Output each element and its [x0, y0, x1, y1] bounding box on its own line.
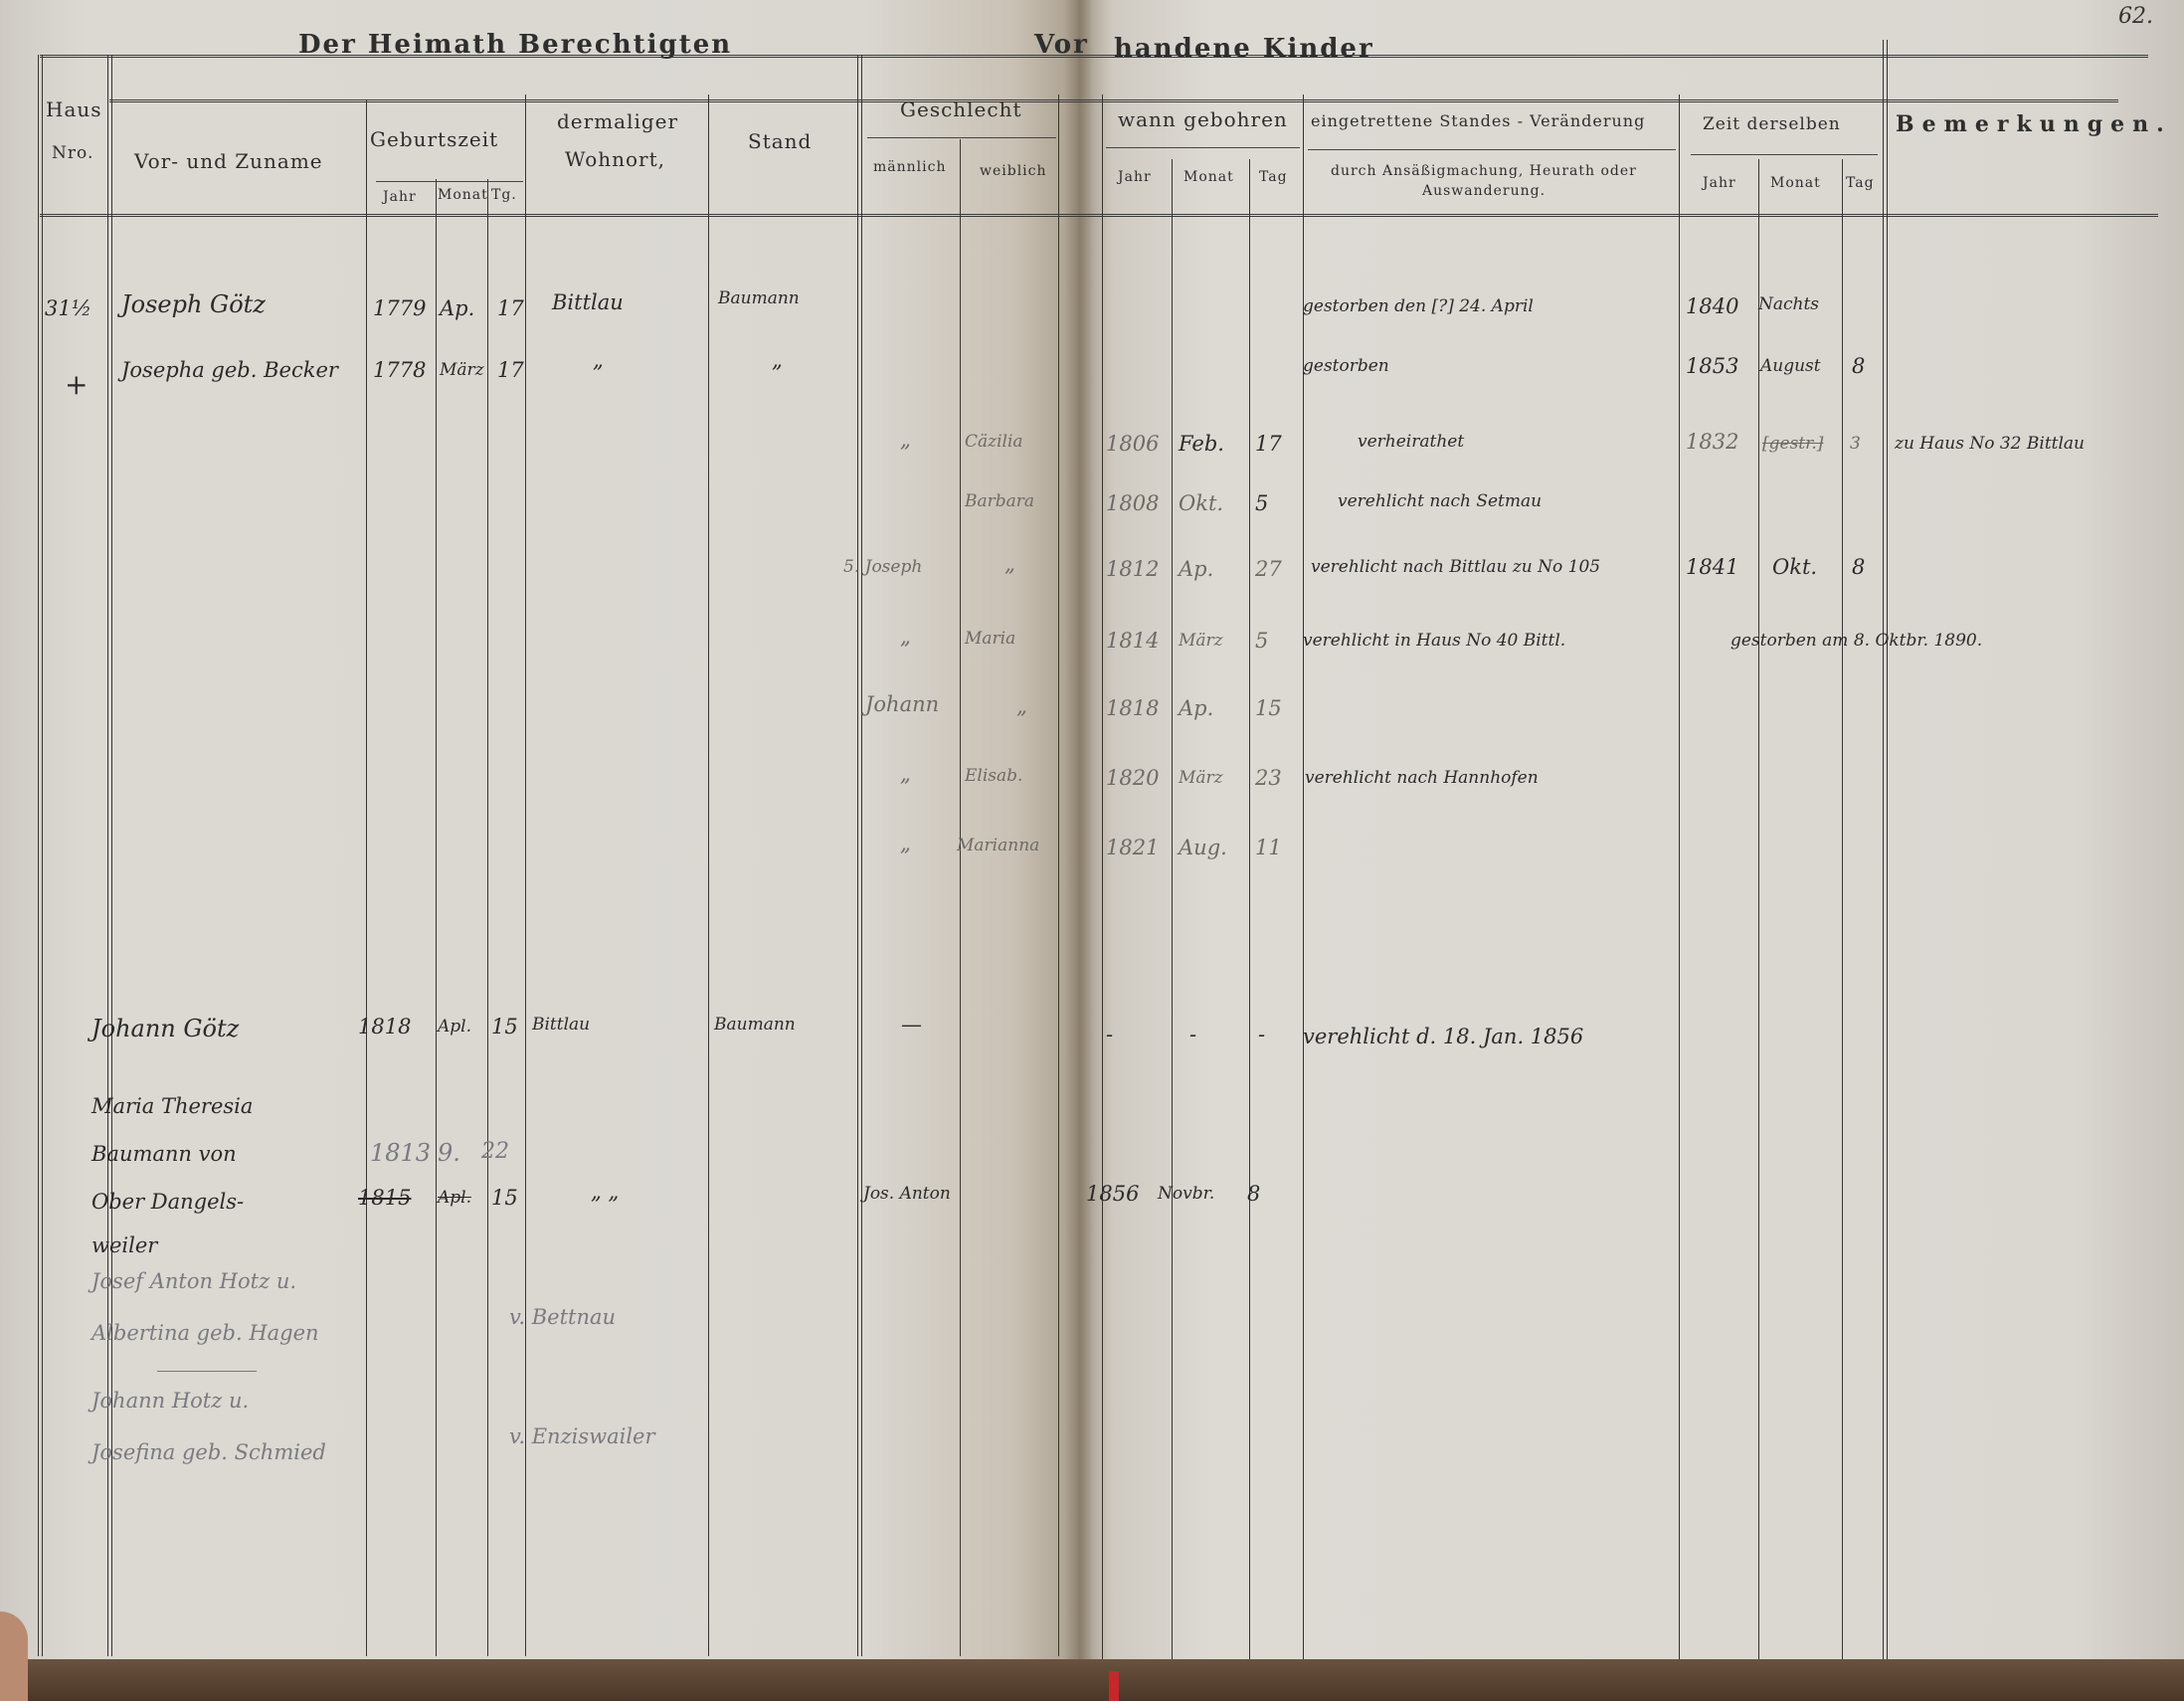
- header-z-tag: Tag: [1846, 175, 1875, 191]
- mother-name-line: Maria Theresia: [91, 1094, 253, 1118]
- haus-nro: 31½: [45, 296, 91, 320]
- child-birth-year: 1818: [1106, 696, 1159, 720]
- status-change: gestorben den [?] 24. April: [1303, 296, 1534, 316]
- col-rule-weiblich: [1058, 94, 1059, 1656]
- kinder-sub-line: [1106, 147, 1300, 148]
- header-bottom-border: [40, 214, 2158, 217]
- deceased-cross: +: [65, 368, 88, 401]
- male-child: „: [900, 428, 911, 452]
- header-wohnort-1: dermaliger: [557, 109, 678, 133]
- child-change-day: 3: [1850, 434, 1861, 454]
- child-year-dash: -: [1106, 1023, 1113, 1046]
- title-right-part1: Vor: [1034, 30, 1089, 60]
- change-day: 8: [1852, 354, 1865, 378]
- open-register-book: 62. Der Heimath Berechtigten Vor handene…: [0, 0, 2184, 1671]
- col-rule-maennlich: [960, 139, 961, 1656]
- child-birth-month: Ap.: [1179, 696, 1213, 720]
- status-change: gestorben: [1303, 356, 1389, 376]
- child-birth-year: 1812: [1106, 557, 1159, 581]
- residence: Bittlau: [552, 290, 624, 314]
- parent-name: Johann Götz: [91, 1015, 239, 1042]
- mother-name-line: weiler: [91, 1233, 157, 1257]
- child-birth-day: 11: [1255, 836, 1282, 859]
- child-month-dash: -: [1189, 1023, 1196, 1046]
- status: „: [772, 348, 783, 372]
- child-status-change: verehlicht nach Setmau: [1338, 491, 1542, 511]
- child-birth-day: 17: [1255, 432, 1282, 456]
- child-birth-year: 1821: [1106, 836, 1159, 859]
- header-geburtszeit: Geburtszeit: [370, 127, 498, 151]
- book-gutter: [1064, 0, 1094, 1671]
- pencil-name-line: Josefina geb. Schmied: [91, 1440, 326, 1464]
- header-maennlich: männlich: [873, 159, 946, 175]
- change-month: Nachts: [1758, 294, 1819, 314]
- header-g-monat: Monat: [438, 187, 488, 203]
- header-g-jahr: Jahr: [383, 189, 417, 205]
- child-change-month-struck: [gestr.]: [1762, 434, 1823, 454]
- col-rule-kinder-left: [1102, 94, 1103, 1666]
- header-geschlecht: Geschlecht: [900, 97, 1022, 121]
- pencil-separator: [157, 1371, 257, 1372]
- child-remark: zu Haus No 32 Bittlau: [1895, 434, 2085, 454]
- col-rule-z-monat: [1842, 159, 1843, 1666]
- mother-name-line: Baumann von: [91, 1142, 237, 1166]
- header-weiblich: weiblich: [980, 163, 1047, 179]
- male-child: Jos. Anton: [863, 1184, 951, 1204]
- child-birth-day: 23: [1255, 766, 1282, 790]
- title-left: Der Heimath Berechtigten: [298, 30, 732, 60]
- col-rule-k-tag: [1303, 94, 1304, 1666]
- header-z-jahr: Jahr: [1703, 175, 1736, 191]
- child-remark: gestorben am 8. Oktbr. 1890.: [1730, 631, 1982, 651]
- female-child: Cäzilia: [965, 432, 1023, 452]
- header-standes-sub-1: durch Ansäßigmachung, Heurath oder: [1331, 163, 1637, 179]
- residence: „: [593, 348, 604, 372]
- residence: „ „: [591, 1180, 619, 1204]
- child-birth-day: 5: [1255, 629, 1268, 653]
- female-child: „: [1004, 552, 1015, 576]
- child-status-change: verehlicht nach Bittlau zu No 105: [1311, 557, 1600, 577]
- child-birth-month: März: [1179, 768, 1223, 788]
- col-rule-stand: [857, 55, 862, 1656]
- status: Baumann: [714, 1015, 796, 1035]
- col-rule-wohnort: [708, 94, 709, 1656]
- child-birth-year: 1856: [1086, 1182, 1139, 1206]
- change-year: 1840: [1686, 294, 1738, 318]
- pencil-name-line: Albertina geb. Hagen: [91, 1321, 319, 1345]
- header-stand: Stand: [748, 129, 812, 153]
- header-g-tag: Tg.: [491, 187, 517, 203]
- child-birth-year: 1808: [1106, 491, 1159, 515]
- pencil-name-line: Josef Anton Hotz u.: [91, 1269, 296, 1293]
- standes-sub-line: [1308, 149, 1676, 150]
- male-child: „: [900, 762, 911, 786]
- birth-year: 1778: [373, 358, 426, 382]
- status: Baumann: [718, 288, 800, 308]
- title-divider: [109, 99, 2118, 102]
- geburt-sub-line: [376, 181, 523, 182]
- child-status-change: verehlicht in Haus No 40 Bittl.: [1303, 631, 1565, 651]
- frame-left: [38, 55, 43, 1656]
- parent-name: Josepha geb. Becker: [121, 358, 338, 382]
- col-rule-veraenderung: [1679, 94, 1680, 1666]
- col-rule-geburt: [525, 94, 526, 1656]
- child-birth-month: Okt.: [1179, 491, 1223, 515]
- header-standes-veraenderung: eingetrettene Standes - Veränderung: [1311, 111, 1645, 130]
- female-child: Maria: [965, 629, 1015, 649]
- header-nro: Nro.: [52, 143, 93, 163]
- pencil-name-line: Johann Hotz u.: [91, 1389, 249, 1413]
- col-rule-haus: [107, 55, 112, 1656]
- birth-month-struck: Apl.: [438, 1188, 471, 1208]
- col-rule-k-jahr: [1172, 159, 1173, 1666]
- male-child: 5. Joseph: [843, 557, 922, 577]
- thumb: [0, 1611, 28, 1701]
- col-rule-name: [366, 99, 367, 1656]
- col-rule-monat: [487, 179, 488, 1656]
- header-k-tag: Tag: [1259, 169, 1288, 185]
- child-birth-year: 1806: [1106, 432, 1159, 456]
- mother-name-line: Ober Dangels-: [91, 1190, 244, 1214]
- child-birth-month: Aug.: [1179, 836, 1227, 859]
- title-right-part2: handene Kinder: [1114, 34, 1374, 64]
- female-child: „: [1016, 694, 1027, 718]
- birth-month-pencil: 9.: [438, 1139, 460, 1167]
- col-rule-jahr: [436, 179, 437, 1656]
- child-change-day: 8: [1852, 555, 1865, 579]
- female-child: Elisab.: [965, 766, 1022, 786]
- header-haus: Haus: [46, 97, 102, 121]
- birth-year: 1818: [358, 1015, 411, 1039]
- birth-year: 1779: [373, 296, 426, 320]
- birth-day-pencil: 22: [481, 1139, 509, 1164]
- birth-day: 17: [497, 358, 524, 382]
- page-number: 62.: [2118, 4, 2153, 29]
- male-child: „: [900, 832, 911, 855]
- child-birth-day: 27: [1255, 557, 1282, 581]
- child-birth-day: 5: [1255, 491, 1268, 515]
- table-surface: [0, 1659, 2184, 1701]
- birth-year-pencil: 1813: [370, 1139, 431, 1167]
- zeit-sub-line: [1691, 154, 1878, 155]
- birth-day: 17: [497, 296, 524, 320]
- child-birth-month: März: [1179, 631, 1223, 651]
- bookmark-ribbon: [1109, 1671, 1119, 1701]
- change-year: 1853: [1686, 354, 1738, 378]
- female-child: Barbara: [965, 491, 1034, 511]
- child-birth-month: Feb.: [1179, 432, 1224, 456]
- col-rule-bemerkungen: [1883, 40, 1888, 1666]
- child-birth-year: 1820: [1106, 766, 1159, 790]
- male-child: Johann: [865, 692, 939, 716]
- right-page: [1079, 0, 2184, 1671]
- header-bemerkungen: Bemerkungen.: [1896, 111, 2172, 137]
- header-name: Vor- und Zuname: [134, 149, 323, 173]
- change-month: August: [1760, 356, 1821, 376]
- header-k-jahr: Jahr: [1118, 169, 1152, 185]
- child-status-change: verheirathet: [1358, 432, 1464, 452]
- birth-day: 15: [491, 1015, 518, 1039]
- birth-month: März: [440, 360, 484, 380]
- child-birth-month: Novbr.: [1158, 1184, 1214, 1204]
- child-change-year: 1832: [1686, 430, 1738, 454]
- pencil-residence: v. Bettnau: [509, 1305, 616, 1329]
- child-birth-day: 15: [1255, 696, 1282, 720]
- header-zeit-derselben: Zeit derselben: [1703, 114, 1841, 134]
- header-standes-sub-2: Auswanderung.: [1422, 183, 1546, 199]
- header-wohnort-2: Wohnort,: [565, 147, 665, 171]
- status-change: verehlicht d. 18. Jan. 1856: [1303, 1025, 1583, 1048]
- birth-month: Ap.: [440, 296, 474, 320]
- child-birth-month: Ap.: [1179, 557, 1213, 581]
- birth-year-struck: 1815: [358, 1186, 411, 1210]
- child-status-change: verehlicht nach Hannhofen: [1305, 768, 1539, 788]
- child-birth-day: 8: [1247, 1182, 1260, 1206]
- header-wann-gebohren: wann gebohren: [1118, 107, 1288, 131]
- child-change-year: 1841: [1686, 555, 1738, 579]
- child-day-dash: -: [1258, 1023, 1265, 1046]
- birth-month: Apl.: [438, 1017, 471, 1037]
- residence: Bittlau: [532, 1015, 590, 1035]
- col-rule-z-jahr: [1758, 159, 1759, 1666]
- male-child-dash: —: [901, 1013, 922, 1037]
- birth-day: 15: [491, 1186, 518, 1210]
- parent-name: Joseph Götz: [121, 290, 266, 318]
- geschlecht-sub-line: [867, 137, 1056, 138]
- male-child: „: [900, 625, 911, 649]
- child-birth-year: 1814: [1106, 629, 1159, 653]
- child-change-month: Okt.: [1772, 555, 1817, 579]
- female-child: Marianna: [957, 836, 1039, 855]
- pencil-residence: v. Enziswailer: [509, 1424, 655, 1448]
- header-z-monat: Monat: [1770, 175, 1821, 191]
- header-k-monat: Monat: [1183, 169, 1234, 185]
- col-rule-k-monat: [1249, 159, 1250, 1666]
